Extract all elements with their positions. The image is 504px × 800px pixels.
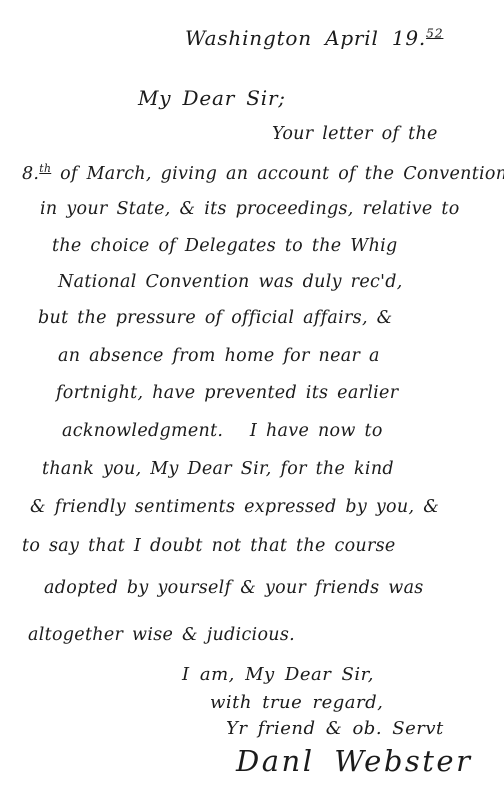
dateline: Washington April 19.52 (185, 26, 443, 50)
letter-line: to say that I doubt not that the course (22, 536, 396, 557)
date-number: 8. (22, 164, 39, 184)
letter-line: thank you, My Dear Sir, for the kind (42, 459, 394, 480)
letter-page: Washington April 19.52 My Dear Sir; Your… (0, 0, 504, 800)
letter-line: in your State, & its proceedings, relati… (40, 199, 460, 220)
letter-line: an absence from home for near a (58, 346, 380, 367)
letter-line: adopted by yourself & your friends was (44, 578, 424, 599)
line-rest: of March, giving an account of the Conve… (51, 164, 504, 184)
letter-line: acknowledgment. I have now to (62, 421, 383, 442)
closing-line: with true regard, (210, 692, 383, 714)
salutation: My Dear Sir; (138, 86, 286, 110)
signature: Danl Webster (236, 744, 472, 779)
letter-line: the choice of Delegates to the Whig (52, 236, 398, 257)
dateline-year-superscript: 52 (426, 25, 443, 40)
letter-line: fortnight, have prevented its earlier (56, 383, 398, 404)
dateline-text: Washington April 19. (185, 26, 426, 50)
letter-line: altogether wise & judicious. (28, 625, 295, 646)
letter-line: 8.th of March, giving an account of the … (22, 162, 504, 185)
letter-line: National Convention was duly rec'd, (58, 272, 403, 293)
closing-line: I am, My Dear Sir, (182, 664, 374, 686)
letter-line: but the pressure of official affairs, & (38, 308, 393, 329)
letter-line: & friendly sentiments expressed by you, … (30, 497, 439, 518)
letter-line: Your letter of the (272, 124, 438, 145)
ordinal-superscript: th (39, 162, 51, 175)
closing-line: Yr friend & ob. Servt (226, 718, 444, 740)
